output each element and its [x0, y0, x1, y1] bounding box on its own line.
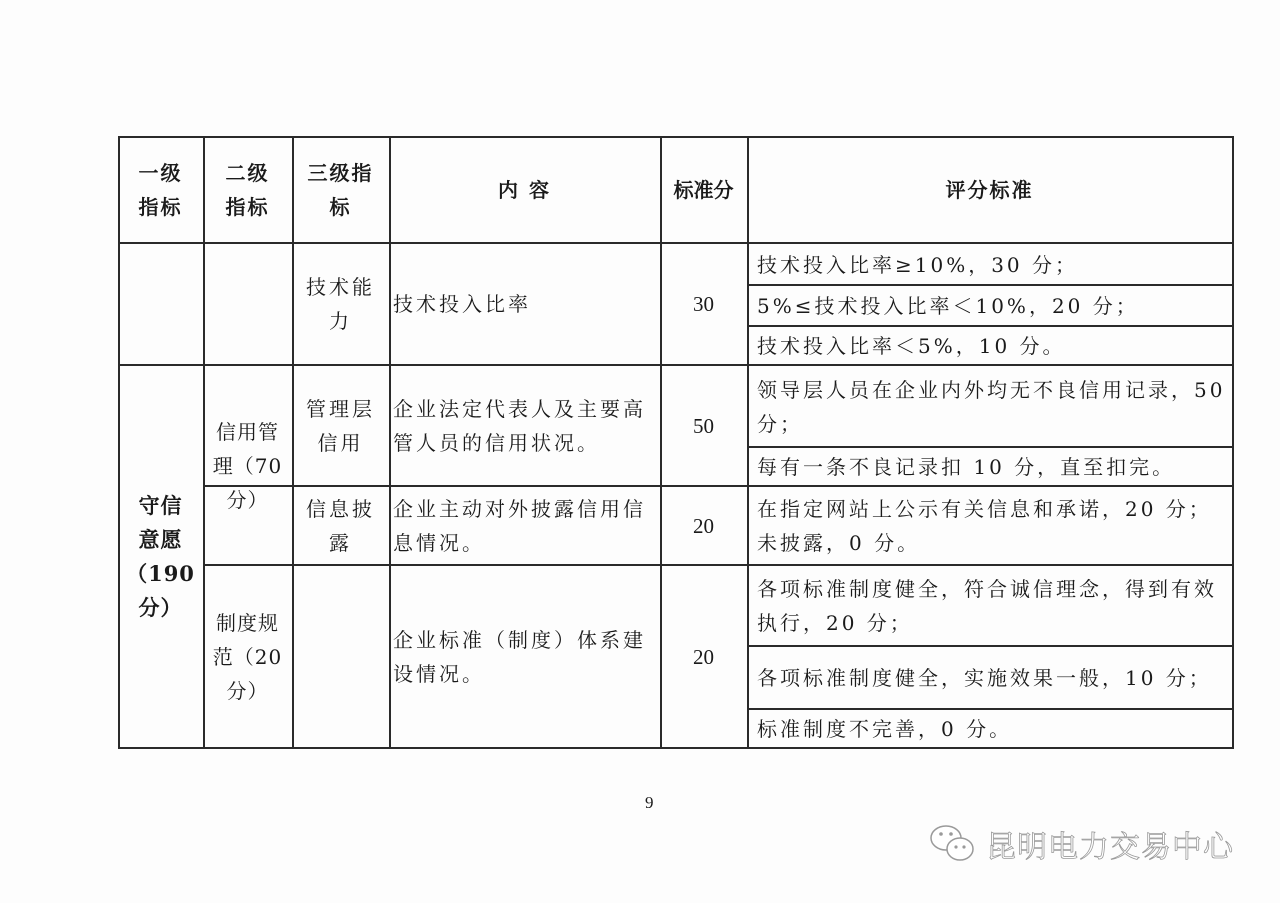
row-tech-content: 技术投入比率	[389, 243, 660, 365]
row-mgmt-criteria-2: 每有一条不良记录扣 10 分，直至扣完。	[747, 447, 1232, 486]
row-disclosure-criteria-1: 在指定网站上公示有关信息和承诺，20 分；未披露，0 分。	[747, 487, 1232, 565]
wechat-icon	[928, 822, 980, 866]
row-disclosure-level3: 信息披 露	[292, 487, 389, 565]
row-system-content: 企业标准（制度）体系建设情况。	[389, 566, 660, 748]
page-number: 9	[645, 793, 654, 813]
row-mgmt-content: 企业法定代表人及主要高管人员的信用状况。	[389, 366, 660, 486]
row-system-score: 20	[660, 566, 747, 748]
header-criteria: 评分标准	[747, 137, 1232, 243]
row-tech-score: 30	[660, 243, 747, 365]
row-system-criteria-3: 标准制度不完善，0 分。	[747, 709, 1232, 748]
row-tech-criteria-3: 技术投入比率＜5%，10 分。	[747, 326, 1232, 366]
level2-credit-management: 信用管 理（70 分）	[203, 366, 292, 565]
row-system-criteria-1: 各项标准制度健全，符合诚信理念，得到有效执行，20 分；	[747, 566, 1232, 646]
level2-system-norms: 制度规 范（20 分）	[203, 566, 292, 748]
row-mgmt-score: 50	[660, 366, 747, 486]
watermark-text: 昆明电力交易中心	[986, 822, 1234, 866]
watermark: 昆明电力交易中心	[928, 822, 1234, 866]
row-tech-criteria-2: 5%≤技术投入比率＜10%，20 分；	[747, 285, 1232, 326]
row-disclosure-content: 企业主动对外披露信用信息情况。	[389, 487, 660, 565]
header-level2: 二级 指标	[203, 137, 292, 243]
row-disclosure-score: 20	[660, 487, 747, 565]
row-mgmt-criteria-1: 领导层人员在企业内外均无不良信用记录，50 分；	[747, 366, 1232, 447]
header-level3: 三级指 标	[292, 137, 389, 243]
table-border-right	[1232, 136, 1234, 749]
row-system-criteria-2: 各项标准制度健全，实施效果一般，10 分；	[747, 646, 1232, 709]
header-level1: 一级 指标	[118, 137, 203, 243]
row-tech-level3: 技术能 力	[292, 243, 389, 365]
row-mgmt-level3: 管理层 信用	[292, 366, 389, 486]
row-tech-criteria-1: 技术投入比率≥10%，30 分；	[747, 244, 1232, 285]
level1-credit-willingness: 守信 意愿 （190 分）	[118, 366, 203, 748]
header-content: 内 容	[389, 137, 660, 243]
header-standard-score: 标准分	[660, 137, 747, 243]
